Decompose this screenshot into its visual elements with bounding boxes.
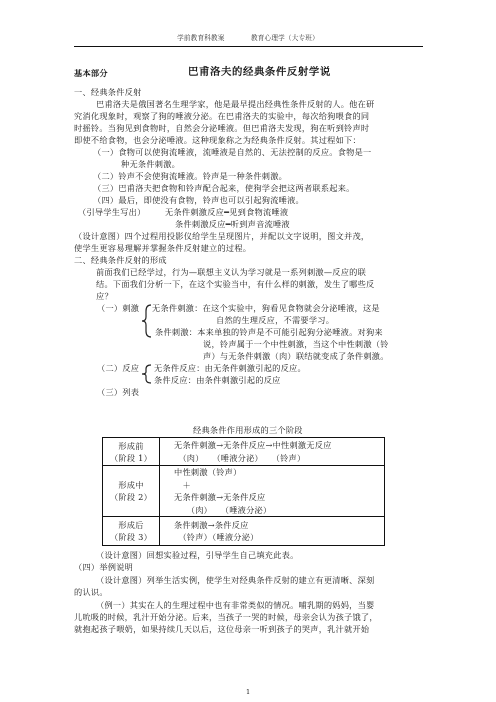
stage-name: 形成后: [103, 519, 159, 531]
stimulus-line: 自然的生理反应，不需要学习。: [216, 315, 334, 325]
header-rule: [74, 46, 423, 47]
page-title: 巴甫洛夫的经典条件反射学说: [188, 67, 331, 77]
stimulus-line: 声）与无条件刺激（肉）联结就变成了条件刺激。: [203, 351, 389, 361]
content-line: （肉） （唾液分泌） （铃声）: [174, 452, 384, 465]
step-1: （一）食物可以使狗流唾液，流唾液是自然的、无法控制的反应。食物是一: [93, 147, 371, 157]
example-design-line: 的认识。: [74, 587, 108, 597]
content-line: 无条件刺激→无条件反应: [174, 491, 384, 504]
step-4: （四）最后，即使没有食物，铃声也可以引起狗流唾液。: [93, 195, 304, 205]
design-intent-line: 使学生更容易理解并掌握条件反射建立的过程。: [74, 243, 251, 253]
part1-para-line: 究消化现象时，观察了狗的唾液分泌。在巴甫洛夫的实验中，每次给狗喂食的同: [74, 111, 369, 121]
header-subject: 教育心理学（大专班）: [251, 34, 319, 42]
response-line: 无条件反应：由无条件刺激引起的反应。: [154, 363, 306, 373]
page-header: 学前教育科教案 教育心理学（大专班）: [74, 32, 422, 42]
stage-number: （阶段 2）: [103, 491, 159, 503]
stage-number: （阶段 1）: [103, 452, 159, 464]
content-line: ＋: [174, 479, 384, 492]
content-line: 无条件刺激→无条件反应→中性刺激无反应: [174, 439, 384, 452]
stimulus-line: 无条件刺激：在这个实验中，狗看见食物就会分泌唾液，这是: [152, 303, 380, 313]
table-caption: 经典条件作用形成的三个阶段: [193, 425, 303, 435]
stage-name: 形成前: [103, 440, 159, 452]
content-cell: 条件刺激→条件反应 （铃声）（唾液分泌）: [160, 517, 385, 546]
stage-number: （阶段 3）: [103, 531, 159, 543]
content-cell: 中性刺激（铃声） ＋ 无条件刺激→无条件反应 （肉） （唾液分泌）: [160, 466, 385, 517]
guide-line: 条件刺激反应━听到声音流唾液: [175, 219, 290, 229]
stage-name: 形成中: [103, 479, 159, 491]
part1-para-line: 巴甫洛夫是俄国著名生理学家，他是最早提出经典性条件反射的人。他在研: [96, 99, 374, 109]
step-1-cont: 种无条件刺激。: [121, 159, 180, 169]
left-brace-icon: [141, 363, 153, 385]
response-line: 条件反应：由条件刺激引起的反应: [154, 375, 281, 385]
part1-para-line: 即使不给食物，也会分泌唾液。这种现象称之为经典条件反射。其过程如下：: [74, 135, 361, 145]
table-design-intent: （设计意图）回想实验过程，引导学生自己填充此表。: [96, 550, 299, 560]
part2-intro-line: 前面我们已经学过，行为—联想主义认为学习就是一系列刺激—反应的联: [96, 267, 366, 277]
stages-table: 形成前 （阶段 1） 无条件刺激→无条件反应→中性刺激无反应 （肉） （唾液分泌…: [102, 437, 385, 546]
part1-heading: 一、经典条件反射: [74, 87, 142, 97]
stage-cell: 形成中 （阶段 2）: [103, 466, 160, 517]
part2-intro-line: 应？: [96, 291, 113, 301]
guide-line: 无条件刺激反应━见到食物流唾液: [165, 207, 288, 217]
example-heading: （四）举例说明: [74, 562, 133, 572]
stimulus-label: （一）刺激: [97, 303, 139, 313]
stage-cell: 形成后 （阶段 3）: [103, 517, 160, 546]
table-row: 形成中 （阶段 2） 中性刺激（铃声） ＋ 无条件刺激→无条件反应 （肉） （唾…: [103, 466, 385, 517]
header-course: 学前教育科教案: [177, 34, 225, 42]
table-row: 形成前 （阶段 1） 无条件刺激→无条件反应→中性刺激无反应 （肉） （唾液分泌…: [103, 438, 385, 466]
part2-heading: 二、经典条件反射的形成: [74, 255, 167, 265]
part2-intro-line: 结。下面我们分析一下，在这个实验当中，有什么样的刺激，发生了哪些反: [96, 279, 374, 289]
stage-cell: 形成前 （阶段 1）: [103, 438, 160, 466]
example-design-line: （设计意图）列举生活实例，使学生对经典条件反射的建立有更清晰、深刻: [96, 575, 374, 585]
part1-para-line: 时摇铃。当狗见到食物时，自然会分泌唾液。但巴甫洛夫发现，狗在听到铃声时: [74, 123, 369, 133]
stimulus-line: 说，铃声属于一个中性刺激，当这个中性刺激（铃: [203, 339, 389, 349]
example1-line: （例一）其实在人的生理过程中也有非常类似的情况。哺乳期的妈妈，当婴: [96, 600, 374, 610]
content-cell: 无条件刺激→无条件反应→中性刺激无反应 （肉） （唾液分泌） （铃声）: [160, 438, 385, 466]
content-line: （肉） （唾液分泌）: [174, 504, 384, 517]
step-3: （三）巴甫洛夫把食物和铃声配合起来，使狗学会把这两者联系起来。: [93, 183, 355, 193]
example1-line: 儿吮吸的时候，乳汁开始分泌。后来，当孩子一哭的时候，母亲会认为孩子饿了，: [74, 612, 378, 622]
table-row: 形成后 （阶段 3） 条件刺激→条件反应 （铃声）（唾液分泌）: [103, 517, 385, 546]
content-line: （铃声）（唾液分泌）: [174, 531, 384, 544]
page-number: 1: [246, 688, 250, 696]
list-label: （三）列表: [97, 387, 139, 397]
section-label: 基本部分: [74, 68, 108, 78]
stimulus-line: 条件刺激：本来单独的铃声是不可能引起狗分泌唾液。对狗来: [155, 327, 383, 337]
content-line: 中性刺激（铃声）: [174, 466, 384, 479]
content-line: 条件刺激→条件反应: [174, 519, 384, 532]
guide-label: （引导学生写出）: [78, 207, 146, 217]
response-label: （二）反应: [97, 363, 139, 373]
step-2: （二）铃声不会使狗流唾液。铃声是一种条件刺激。: [93, 171, 287, 181]
example1-line: 就抱起孩子喂奶，如果持续几天以后，这位母亲一听到孩子的哭声，乳汁就开始: [74, 624, 369, 634]
design-intent-line: （设计意图）四个过程用投影仪给学生呈现图片，并配以文字说明，图文并茂，: [74, 231, 369, 241]
